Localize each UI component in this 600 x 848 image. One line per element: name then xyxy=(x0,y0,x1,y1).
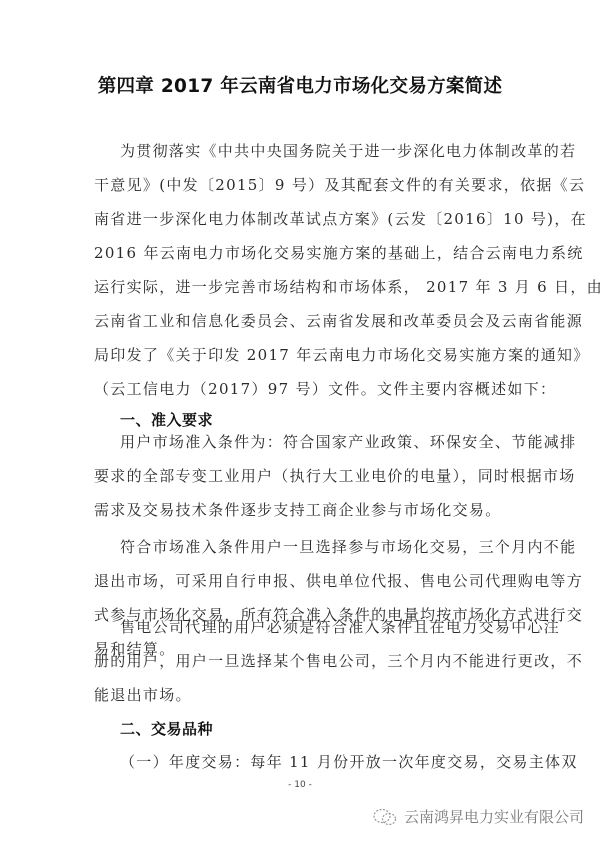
paragraph-line: 要求的全部专变工业用户（执行大工业电价的电量），同时根据市场 xyxy=(94,466,508,486)
paragraph-line: 云南省工业和信息化委员会、云南省发展和改革委员会及云南省能源 xyxy=(94,311,508,331)
section-heading: 二、交易品种 xyxy=(120,718,213,739)
page-number: - 10 - xyxy=(0,780,600,790)
paragraph-line: 售电公司代理的用户必须是符合准入条件且在电力交易中心注 xyxy=(120,617,508,637)
chapter-title: 第四章 2017 年云南省电力市场化交易方案简述 xyxy=(0,72,600,98)
paragraph-line: （一）年度交易：每年 11 月份开放一次年度交易，交易主体双 xyxy=(120,752,508,772)
section-heading: 一、准入要求 xyxy=(120,409,213,430)
paragraph-line: 需求及交易技术条件逐步支持工商企业参与市场化交易。 xyxy=(94,500,508,520)
watermark-text: 云南鸿昇电力实业有限公司 xyxy=(404,806,584,827)
wechat-icon xyxy=(372,807,398,827)
paragraph-line: （云工信电力（2017）97 号）文件。文件主要内容概述如下： xyxy=(94,379,508,399)
watermark: 云南鸿昇电力实业有限公司 xyxy=(372,806,584,827)
paragraph-line: 符合市场准入条件用户一旦选择参与市场化交易，三个月内不能 xyxy=(120,537,508,557)
paragraph-line: 局印发了《关于印发 2017 年云南电力市场化交易实施方案的通知》 xyxy=(94,345,508,365)
paragraph-line: 册的用户，用户一旦选择某个售电公司，三个月内不能进行更改，不 xyxy=(94,651,508,671)
paragraph-line: 南省进一步深化电力体制改革试点方案》(云发〔2016〕10 号)，在 xyxy=(94,209,508,229)
paragraph-line: 为贯彻落实《中共中央国务院关于进一步深化电力体制改革的若 xyxy=(120,141,508,161)
paragraph-line: 2016 年云南电力市场化交易实施方案的基础上，结合云南电力系统 xyxy=(94,243,508,263)
paragraph-line: 干意见》(中发〔2015〕9 号）及其配套文件的有关要求，依据《云 xyxy=(94,175,508,195)
paragraph-line: 运行实际，进一步完善市场结构和市场体系， 2017 年 3 月 6 日，由 xyxy=(94,277,508,297)
paragraph-line: 用户市场准入条件为：符合国家产业政策、环保安全、节能减排 xyxy=(120,432,508,452)
paragraph-line: 能退出市场。 xyxy=(94,685,508,705)
paragraph-line: 退出市场，可采用自行申报、供电单位代报、售电公司代理购电等方 xyxy=(94,571,508,591)
